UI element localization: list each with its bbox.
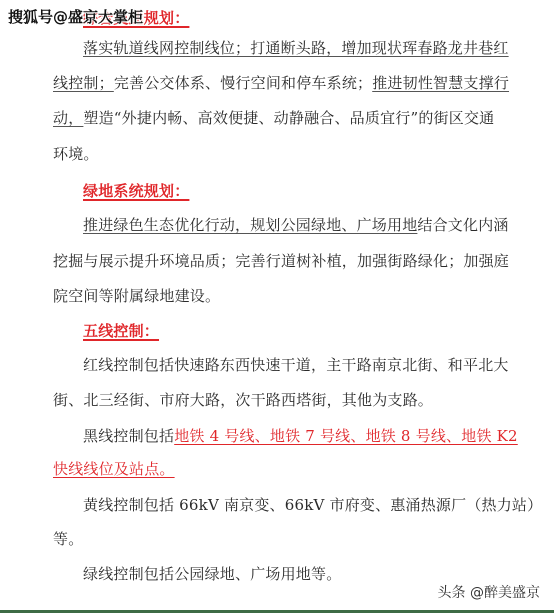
underlined-text: 落实轨道线网控制线位；打通断头路，增加现状珲春路龙井巷红 <box>83 39 509 57</box>
paragraph-line: 线控制；完善公交体系、慢行空间和停车系统；推进韧性智慧支撑行 <box>53 73 517 93</box>
paragraph-line: 院空间等附属绿地建设。 <box>53 286 517 306</box>
paragraph-line: 等。 <box>53 529 517 549</box>
paragraph-line: 环境。 <box>53 144 517 164</box>
paragraph-line: 快线线位及站点。 <box>53 459 517 479</box>
section-heading-five-lines: 五线控制： <box>83 321 517 341</box>
heading-text: 绿地系统规划： <box>83 182 195 200</box>
body-text: 塑造“外捷内畅、高效便捷、动静融合、品质宜行”的街区交通 <box>83 109 494 127</box>
body-text: 黑线控制包括 <box>83 427 174 445</box>
underlined-text: 推进绿色生态优化行动，规划公园绿地、广场用地 <box>83 216 417 234</box>
underlined-text: 动， <box>53 109 83 127</box>
paragraph-line: 挖掘与展示提升环境品质；完善行道树补植，加强街路绿化；加强庭 <box>53 251 517 271</box>
paragraph-line: 绿线控制包括公园绿地、广场用地等。 <box>83 564 517 584</box>
paragraph-line: 街、北三经街、市府大路，次干路西塔街，其他为支路。 <box>53 390 517 410</box>
body-text: 等。 <box>53 530 83 548</box>
body-text: 环境。 <box>53 145 99 163</box>
document-page: 综合交通规划： 落实轨道线网控制线位；打通断头路，增加现状珲春路龙井巷红 线控制… <box>0 0 554 610</box>
body-text: 结合文化内涵 <box>417 216 508 234</box>
paragraph-line: 推进绿色生态优化行动，规划公园绿地、广场用地结合文化内涵 <box>83 215 517 235</box>
body-text: 街、北三经街、市府大路，次干路西塔街，其他为支路。 <box>53 391 433 409</box>
red-underlined-text: 快线线位及站点。 <box>53 460 175 478</box>
body-text: 绿线控制包括公园绿地、广场用地等。 <box>83 565 341 583</box>
watermark-toutiao: 头条 @醉美盛京 <box>438 582 540 602</box>
section-heading-transport: 综合交通规划： <box>83 8 517 28</box>
body-text: 黄线控制包括 66kV 南京变、66kV 市府变、惠涌热源厂（热力站） <box>83 496 542 514</box>
red-underlined-text: 地铁 4 号线、地铁 7 号线、地铁 8 号线、地铁 K2 <box>174 427 518 445</box>
paragraph-line: 黑线控制包括地铁 4 号线、地铁 7 号线、地铁 8 号线、地铁 K2 <box>83 426 517 446</box>
section-heading-greenspace: 绿地系统规划： <box>83 181 517 201</box>
paragraph-line: 动，塑造“外捷内畅、高效便捷、动静融合、品质宜行”的街区交通 <box>53 108 517 128</box>
paragraph-line: 红线控制包括快速路东西快速干道，主干路南京北街、和平北大 <box>83 355 517 375</box>
body-text: 院空间等附属绿地建设。 <box>53 287 220 305</box>
watermark-sohu: 搜狐号@盛京大掌柜 <box>8 6 143 27</box>
body-text: 完善公交体系、慢行空间和停车系统； <box>114 74 372 92</box>
body-text: 挖掘与展示提升环境品质；完善行道树补植，加强街路绿化；加强庭 <box>53 252 509 270</box>
paragraph-line: 落实轨道线网控制线位；打通断头路，增加现状珲春路龙井巷红 <box>83 38 517 58</box>
body-text: 红线控制包括快速路东西快速干道，主干路南京北街、和平北大 <box>83 356 509 374</box>
underlined-text: 推进韧性智慧支撑行 <box>372 74 509 92</box>
paragraph-line: 黄线控制包括 66kV 南京变、66kV 市府变、惠涌热源厂（热力站） <box>83 495 517 515</box>
heading-text: 五线控制： <box>83 322 165 340</box>
underlined-text: 线控制； <box>53 74 114 92</box>
